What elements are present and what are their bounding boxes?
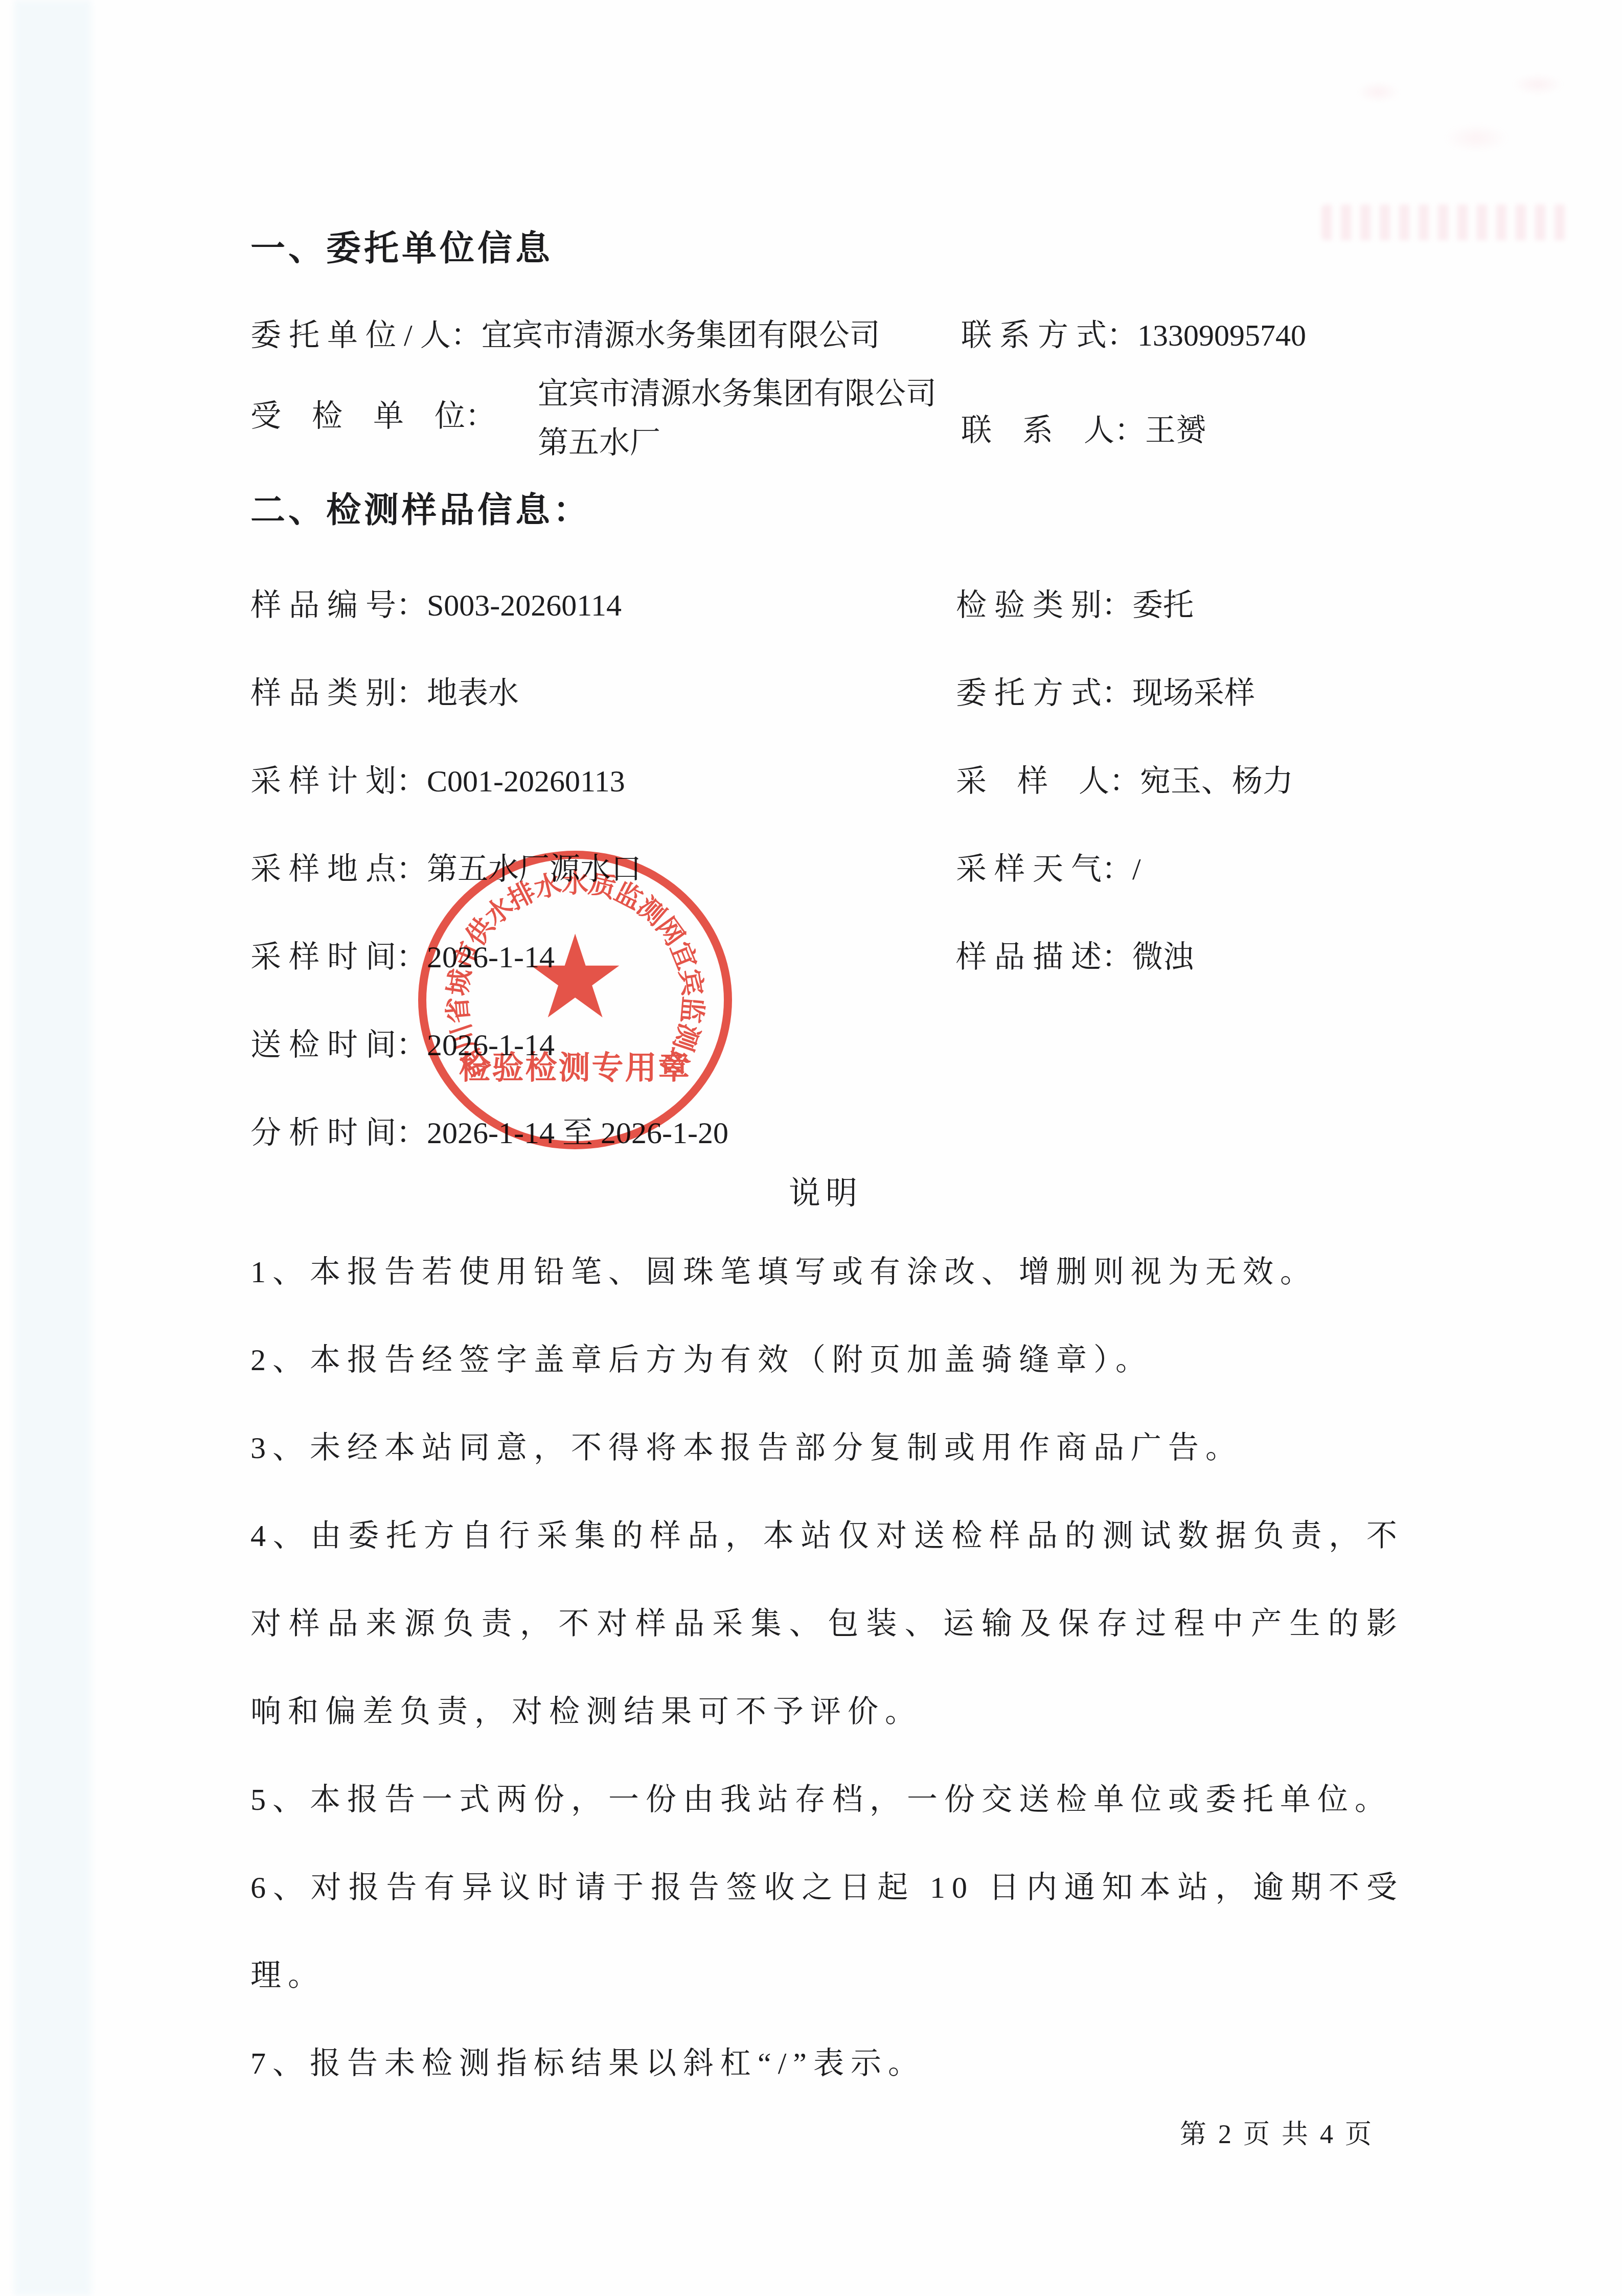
field-label: 采 样 时 间： <box>250 940 427 974</box>
field-value: / <box>1132 852 1141 886</box>
contact-method-label: 联 系 方 式： <box>961 319 1137 352</box>
section2-title: 二、检测样品信息： <box>250 483 591 532</box>
scan-artifact-left-band <box>14 0 91 2296</box>
field-value: 第五水厂源水口 <box>427 852 642 886</box>
page-number: 第 2 页 共 4 页 <box>1180 2112 1374 2151</box>
field-value: 委托 <box>1132 588 1194 622</box>
note-item: 3、未经本站同意，不得将本报告部分复制或用作商品广告。 <box>250 1404 1404 1492</box>
field-label: 采 样 地 点： <box>250 852 427 886</box>
note-item: 6、对报告有异议时请于报告签收之日起 10 日内通知本站，逾期不受理。 <box>250 1844 1404 2019</box>
report-page: 一、委托单位信息 委 托 单 位 / 人：宜宾市清源水务集团有限公司 联 系 方… <box>0 0 1622 2296</box>
field-label: 送 检 时 间： <box>250 1028 427 1062</box>
field-value: 宛玉、杨力 <box>1140 764 1293 798</box>
note-item: 1、本报告若使用铅笔、圆珠笔填写或有涂改、增删则视为无效。 <box>250 1228 1404 1316</box>
field-label: 委 托 方 式： <box>956 676 1132 710</box>
field-label: 采 样 人： <box>956 764 1140 798</box>
notes-list: 1、本报告若使用铅笔、圆珠笔填写或有涂改、增删则视为无效。 2、本报告经签字盖章… <box>250 1228 1404 2107</box>
bleed-through-smudge <box>1329 46 1574 199</box>
field-value: C001-20260113 <box>427 764 625 798</box>
client-label: 委 托 单 位 / 人： <box>250 319 482 352</box>
bleed-through-smudge <box>1321 204 1567 240</box>
contact-method-value: 13309095740 <box>1137 319 1306 352</box>
notes-title: 说明 <box>250 1168 1401 1213</box>
field-value: 现场采样 <box>1132 676 1255 710</box>
note-item: 7、报告未检测指标结果以斜杠“/”表示。 <box>250 2019 1404 2107</box>
sample-row: 分 析 时 间：2026-1-14 至 2026-1-20 <box>250 1108 1488 1154</box>
note-item: 5、本报告一式两份，一份由我站存档，一份交送检单位或委托单位。 <box>250 1756 1404 1844</box>
field-value: 地表水 <box>427 676 519 710</box>
note-item: 4、由委托方自行采集的样品，本站仅对送检样品的测试数据负责，不对样品来源负责，不… <box>250 1492 1404 1756</box>
sample-row: 采 样 计 划：C001-20260113 采 样 人：宛玉、杨力 <box>250 757 1488 803</box>
client-row: 委 托 单 位 / 人：宜宾市清源水务集团有限公司 <box>250 311 880 355</box>
field-label: 样 品 编 号： <box>250 588 427 622</box>
sample-row: 样 品 编 号：S003-20260114 检 验 类 别：委托 <box>250 581 1488 627</box>
field-label: 样 品 描 述： <box>956 940 1132 974</box>
sample-info-rows: 样 品 编 号：S003-20260114 检 验 类 别：委托 样 品 类 别… <box>250 581 1488 1220</box>
note-item: 2、本报告经签字盖章后方为有效（附页加盖骑缝章）。 <box>250 1316 1404 1404</box>
contact-person-row: 联 系 人：王赟 <box>961 406 1206 450</box>
field-value: 微浊 <box>1132 940 1194 974</box>
inspected-unit-value-line2: 第五水厂 <box>538 418 660 462</box>
field-label: 样 品 类 别： <box>250 676 427 710</box>
field-value: 2026-1-14 <box>427 940 555 974</box>
field-value: 2026-1-14 <box>427 1028 555 1062</box>
field-label: 检 验 类 别： <box>956 588 1132 622</box>
client-value: 宜宾市清源水务集团有限公司 <box>482 319 880 352</box>
sample-row: 送 检 时 间：2026-1-14 <box>250 1020 1488 1066</box>
sample-row: 采 样 时 间：2026-1-14 样 品 描 述：微浊 <box>250 933 1488 979</box>
contact-method-row: 联 系 方 式：13309095740 <box>961 311 1306 355</box>
section1-title: 一、委托单位信息 <box>250 221 553 270</box>
field-label: 采 样 计 划： <box>250 764 427 798</box>
field-label: 采 样 天 气： <box>956 852 1132 886</box>
field-label: 分 析 时 间： <box>250 1116 427 1150</box>
sample-row: 采 样 地 点：第五水厂源水口 采 样 天 气：/ <box>250 845 1488 891</box>
sample-row: 样 品 类 别：地表水 委 托 方 式：现场采样 <box>250 669 1488 715</box>
field-value: 2026-1-14 至 2026-1-20 <box>427 1116 728 1150</box>
inspected-unit-label: 受 检 单 位： <box>250 392 496 436</box>
inspected-unit-value-line1: 宜宾市清源水务集团有限公司 <box>538 369 936 413</box>
contact-person-value: 王赟 <box>1145 414 1206 447</box>
contact-person-label: 联 系 人： <box>961 414 1145 447</box>
field-value: S003-20260114 <box>427 588 622 622</box>
